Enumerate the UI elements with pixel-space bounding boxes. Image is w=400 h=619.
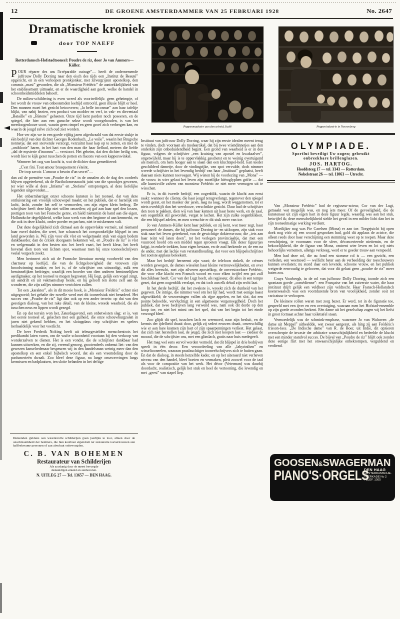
scan-edge-artifact (0, 583, 2, 613)
margin-arrow-mark (4, 126, 10, 130)
body-paragraph: De kleinere rollen waren met zorg bezet.… (268, 300, 394, 317)
ad-bohemen-advertiser: C. B. VAN BOHEMEN (10, 450, 138, 459)
ad-olympiade: OLYMPIADE. Sportlui beveiligt Uw oogen; … (267, 141, 395, 182)
photo-caption: Poppenindustrie in Neurenberg (279, 125, 393, 129)
newspaper-page: 12 DE GROENE AMSTERDAMMER VAN 25 FEBRUAR… (0, 0, 400, 619)
body-paragraph: Van „Monsieur Frédéric” had de regisseur… (268, 204, 394, 226)
body-paragraph: In het derde bedrijf, dat het zwakste is… (141, 286, 263, 316)
body-paragraph: Tot een „karakter”, als in dit mooie boe… (11, 288, 138, 310)
ad-van-bohemen: Duizenden guldens aan waardevolle schild… (10, 433, 138, 477)
body-paragraph: Zoo glijdt dit spel, tusschen lach en we… (141, 318, 263, 340)
photo-doll-workshop-italy (152, 27, 263, 122)
body-paragraph: Men herinnert zich uit de Fransche liter… (11, 257, 138, 287)
article-column-left: Rotterdamsch-Hofstadtooneel: Poudre de r… (11, 58, 138, 432)
body-paragraph: Instituut van juffrouw Dolly Dorring, wa… (141, 139, 263, 191)
header-rule (10, 18, 393, 19)
ad-olympiade-line: onbreekbare brillenglazen. (267, 156, 395, 161)
body-paragraph: Het onbarmhartigst onzer schoone kunsten… (11, 194, 138, 224)
ad-bohemen-address: N. UITLEG 27 — Tel. 13657 — DEN HAAG. (10, 473, 138, 478)
ad-goosen-telephone: TELEF. 1305 (364, 478, 392, 481)
article-byline: door TOP NAEFF (24, 41, 150, 47)
body-paragraph: dan zal de première van „Poudre de riz” … (11, 175, 138, 192)
scan-edge-artifact (0, 12, 3, 60)
scan-edge-artifact (6, 2, 396, 3)
article-title: Dramatische kroniek (24, 22, 150, 37)
page-header: 12 DE GROENE AMSTERDAMMER VAN 25 FEBRUAR… (11, 8, 392, 15)
scan-edge-artifact (0, 138, 2, 147)
ad-divider-rule (267, 180, 395, 183)
photo-doll-industry-nuremberg (279, 27, 393, 122)
ad-bohemen-intro: Duizenden guldens aan waardevolle schild… (10, 437, 138, 448)
ad-goosen-product: PIANO'S·ORGELS (274, 469, 369, 482)
issue-number: No. 2647 (367, 8, 392, 15)
ad-goosen-name-part: GOOSEN (274, 457, 318, 469)
body-paragraph: Cruys Voorbergh, in de rol van juffrouw … (268, 277, 394, 299)
body-paragraph: Men had deze rol, die au fond een stomme… (268, 254, 394, 276)
body-paragraph: Er is, in dit tweede bedrijf, een oogenb… (141, 192, 263, 222)
body-paragraph: De heer Frederik Nolting heeft uit teleu… (11, 329, 138, 364)
ad-goosen-name-part: SWAGERMAN (323, 457, 391, 469)
body-paragraph: Hoe ver zijn we in een goede vijftig jar… (11, 132, 138, 158)
ad-olympiade-title: OLYMPIADE. (267, 141, 395, 152)
masthead: DE GROENE AMSTERDAMMER VAN 25 FEBRUARI 1… (105, 9, 279, 15)
body-paragraph: Vermoedelijk was de schmink-emphase, waa… (268, 318, 394, 348)
article-column-right: Van „Monsieur Frédéric” had de regisseur… (268, 204, 394, 448)
photo-caption-right-wrap: Poppenindustrie in Neurenberg (279, 125, 400, 131)
ad-olympiade-address: Nobelstraat 26 — tel. 11063 — Utrecht. (267, 172, 395, 177)
body-paragraph: De milieu-schildering is even wreed als … (11, 97, 138, 132)
body-paragraph: Moeilijker nog was Fie Carelsen (Mona) e… (268, 227, 394, 253)
photo-caption: Poppenmaakster aan den arbeid, Italië (152, 125, 263, 129)
ad-goosen-city: DEN HAAG (364, 467, 392, 472)
ad-goosen-swagerman: GOOSEN&SWAGERMAN PIANO'S·ORGELS DEN HAAG… (270, 454, 395, 501)
title-divider (77, 51, 97, 52)
page-number: 12 (11, 8, 18, 15)
photos-divider-rule (151, 133, 395, 136)
ad-goosen-address: AMSTERDAMSCHE- (364, 472, 392, 475)
article-title-block: Dramatische kroniek door TOP NAEFF (24, 22, 150, 52)
ad-goosen-address-block: DEN HAAG AMSTERDAMSCHE- VEERKADE No 2 TE… (364, 467, 392, 481)
body-paragraph: POUR réparer des ans l'irréparable outra… (11, 70, 138, 96)
article-column-middle: Instituut van juffrouw Dolly Dorring, wa… (141, 139, 263, 506)
body-paragraph: Dat deze degelijkheid zich ditmaal aan d… (11, 225, 138, 255)
body-paragraph: En op dat terrein won het, Zaterdagavond… (11, 311, 138, 328)
body-paragraph: Jo van Ammers-Küller kent haar publiek, … (141, 223, 263, 258)
ad-divider-rule (10, 433, 138, 434)
poem-quote: „C'est fini. Tout amour brusquement s'ét… (11, 165, 138, 174)
body-paragraph: Het mag wel eens eervol worden vermeld, … (141, 341, 263, 376)
section-heading: Rotterdamsch-Hofstadtooneel: Poudre de r… (11, 58, 138, 68)
body-paragraph: Maar het bedrijf herneemt zijn vaart; de… (141, 259, 263, 285)
scan-edge-artifact (0, 170, 2, 460)
body-paragraph: Wanneer het oog van kracht is, wat de di… (11, 160, 138, 164)
ad-bohemen-note: deskundigen erkend en aanbevolen. (10, 468, 138, 472)
scan-edge-artifact (0, 92, 3, 103)
